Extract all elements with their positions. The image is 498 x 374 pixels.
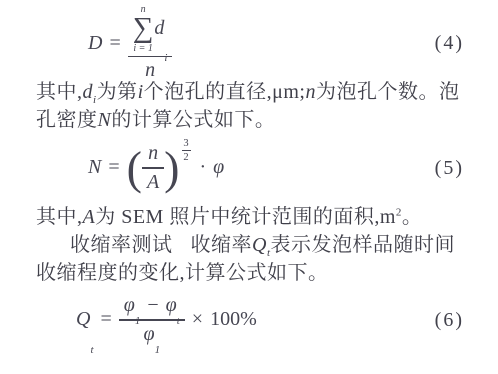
eq4-fraction: n ∑ i = 1 d i n	[128, 4, 173, 82]
text-run: 收缩率	[191, 234, 253, 256]
text-run: 为第	[97, 81, 138, 103]
body-line-2: 孔密度N的计算公式如下。	[36, 106, 464, 134]
equation-5: N = ( n A ) 3 2 · φ (5)	[36, 137, 464, 199]
exponent-denominator: 2	[183, 152, 188, 163]
body-line-1: 其中,di为第i个泡孔的直径,μm;n为泡孔个数。泡	[36, 78, 464, 106]
text-run: 。	[402, 206, 423, 228]
minus-sign: −	[147, 294, 158, 317]
text-run: 的计算公式如下。	[111, 109, 275, 131]
text-run: 其中,	[36, 206, 83, 228]
body-line-4: 收缩率测试收缩率Qt表示发泡样品随时间	[36, 231, 464, 259]
times-sign: ×	[192, 308, 203, 331]
eq6-fraction: φ 1 − φ t φ 1	[119, 294, 185, 345]
var-A: A	[83, 206, 96, 228]
eq5-equals: =	[108, 156, 119, 179]
sigma-icon: ∑	[133, 15, 154, 43]
body-line-5: 收缩程度的变化,计算公式如下。	[36, 259, 464, 287]
equation-6: Q t = φ 1 − φ t φ 1 × 100% (6)	[36, 290, 464, 350]
var-phi-1: φ	[144, 323, 155, 346]
eq4-term: d	[154, 17, 164, 40]
percent-value: 100%	[210, 308, 257, 331]
var-phi-t: φ	[166, 294, 177, 317]
eq4-lhs: D	[88, 32, 102, 55]
equation-6-number: (6)	[435, 309, 464, 332]
eq5-fraction: n A	[142, 142, 164, 193]
eq6-lhs: Q	[76, 308, 90, 331]
eq4-equals: =	[109, 32, 120, 55]
eq5-numerator: n	[143, 142, 163, 165]
sum-lower-limit: i = 1	[133, 43, 153, 54]
eq6-numerator: φ 1 − φ t	[119, 294, 185, 317]
text-run: 表示发泡样品随时间	[271, 234, 456, 256]
text-run: 其中,	[36, 81, 83, 103]
equation-4-formula: D = n ∑ i = 1 d i n	[88, 4, 172, 82]
fraction-bar	[119, 319, 185, 320]
summation-symbol: n ∑ i = 1	[133, 4, 154, 54]
eq5-lhs: N	[88, 156, 101, 179]
var-n: n	[305, 81, 316, 103]
text-run: 孔密度	[36, 109, 98, 131]
eq4-numerator: n ∑ i = 1 d i	[128, 4, 173, 54]
text-run: 个泡孔的直径,μm;	[144, 81, 306, 103]
text-run: 为泡孔个数。泡	[316, 81, 460, 103]
fraction-bar	[142, 167, 164, 168]
eq5-denominator: A	[142, 171, 164, 194]
text-run: 收缩程度的变化,计算公式如下。	[36, 262, 329, 284]
text-run: 为 SEM 照片中统计范围的面积,m	[95, 206, 396, 228]
equation-5-number: (5)	[435, 157, 464, 180]
equation-5-formula: N = ( n A ) 3 2 · φ	[88, 142, 224, 193]
var-phi: φ	[213, 156, 224, 179]
exponent-numerator: 3	[183, 138, 188, 149]
var-phi-1: φ	[124, 294, 135, 317]
keyword-shrinkage-test: 收缩率测试	[70, 234, 173, 256]
var-d: d	[83, 81, 94, 103]
eq5-exponent: 3 2	[182, 138, 191, 163]
multiplication-dot: ·	[200, 156, 207, 179]
eq6-denominator: φ 1	[139, 323, 166, 346]
equation-4: D = n ∑ i = 1 d i n (4)	[36, 8, 464, 78]
paper-page: D = n ∑ i = 1 d i n (4) 其中,di为第i个泡孔的直径,μ…	[0, 0, 498, 374]
exponent-bar	[182, 150, 191, 151]
eq6-equals: =	[101, 308, 112, 331]
equation-6-formula: Q t = φ 1 − φ t φ 1 × 100%	[76, 294, 257, 345]
body-line-3: 其中,A为 SEM 照片中统计范围的面积,m2。	[36, 203, 464, 231]
var-Q: Q	[252, 234, 267, 256]
equation-4-number: (4)	[435, 32, 464, 55]
var-N: N	[98, 109, 112, 131]
